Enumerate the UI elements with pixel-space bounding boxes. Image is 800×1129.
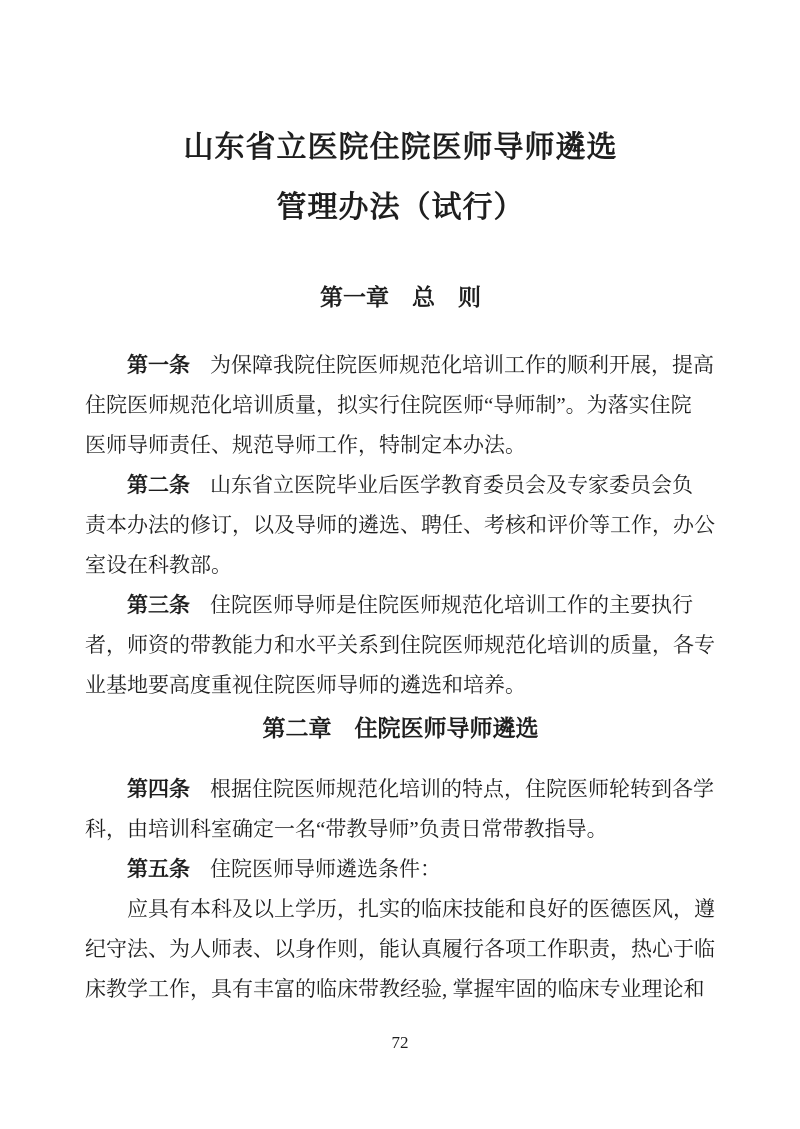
article-5-paragraph: 第五条住院医师导师遴选条件： — [85, 849, 716, 889]
paragraph-line: 纪守法、为人师表、以身作则，能认真履行各项工作职责，热心于临 — [85, 929, 716, 969]
chapter-1-heading: 第一章 总 则 — [85, 282, 716, 312]
article-4-paragraph: 第四条根据住院医师规范化培训的特点，住院医师轮转到各学 科，由培训科室确定一名“… — [85, 769, 716, 849]
article-3-text: 住院医师导师是住院医师规范化培训工作的主要执行 — [210, 593, 693, 617]
article-3-paragraph: 第三条住院医师导师是住院医师规范化培训工作的主要执行 者，师资的带教能力和水平关… — [85, 585, 716, 705]
chapter-2-heading: 第二章 住院医师导师遴选 — [85, 713, 716, 743]
paragraph-line: 业基地要高度重视住院医师导师的遴选和培养。 — [85, 665, 716, 705]
article-2-text: 山东省立医院毕业后医学教育委员会及专家委员会负 — [210, 473, 693, 497]
article-5-conditions-paragraph: 应具有本科及以上学历，扎实的临床技能和良好的医德医风，遵 纪守法、为人师表、以身… — [85, 889, 716, 1009]
article-1-text: 为保障我院住院医师规范化培训工作的顺利开展，提高 — [210, 353, 714, 377]
page-number: 72 — [0, 1033, 800, 1053]
paragraph-line: 应具有本科及以上学历，扎实的临床技能和良好的医德医风，遵 — [85, 889, 716, 929]
paragraph-line: 床教学工作，具有丰富的临床带教经验, 掌握牢固的临床专业理论和 — [85, 969, 716, 1009]
article-4-text: 根据住院医师规范化培训的特点，住院医师轮转到各学 — [210, 777, 714, 801]
document-title-line-2: 管理办法（试行） — [85, 190, 716, 226]
paragraph-line: 责本办法的修订，以及导师的遴选、聘任、考核和评价等工作，办公 — [85, 505, 716, 545]
document-title-line-1: 山东省立医院住院医师导师遴选 — [85, 130, 716, 166]
paragraph-line: 第三条住院医师导师是住院医师规范化培训工作的主要执行 — [85, 585, 716, 625]
article-1-label: 第一条 — [127, 353, 190, 377]
paragraph-line: 者，师资的带教能力和水平关系到住院医师规范化培训的质量，各专 — [85, 625, 716, 665]
paragraph-line: 住院医师规范化培训质量，拟实行住院医师“导师制”。为落实住院 — [85, 385, 716, 425]
document-page: 山东省立医院住院医师导师遴选 管理办法（试行） 第一章 总 则 第一条为保障我院… — [0, 0, 800, 1129]
article-4-label: 第四条 — [127, 777, 190, 801]
paragraph-line: 科，由培训科室确定一名“带教导师”负责日常带教指导。 — [85, 809, 716, 849]
paragraph-line: 第一条为保障我院住院医师规范化培训工作的顺利开展，提高 — [85, 345, 716, 385]
article-2-label: 第二条 — [127, 473, 190, 497]
paragraph-line: 第四条根据住院医师规范化培训的特点，住院医师轮转到各学 — [85, 769, 716, 809]
article-3-label: 第三条 — [127, 593, 190, 617]
article-5-label: 第五条 — [127, 857, 190, 881]
article-1-paragraph: 第一条为保障我院住院医师规范化培训工作的顺利开展，提高 住院医师规范化培训质量，… — [85, 345, 716, 465]
paragraph-line: 第二条山东省立医院毕业后医学教育委员会及专家委员会负 — [85, 465, 716, 505]
article-5-text: 住院医师导师遴选条件： — [210, 857, 441, 881]
paragraph-line: 第五条住院医师导师遴选条件： — [85, 849, 716, 889]
article-2-paragraph: 第二条山东省立医院毕业后医学教育委员会及专家委员会负 责本办法的修订，以及导师的… — [85, 465, 716, 585]
paragraph-line: 室设在科教部。 — [85, 545, 716, 585]
paragraph-line: 医师导师责任、规范导师工作，特制定本办法。 — [85, 425, 716, 465]
